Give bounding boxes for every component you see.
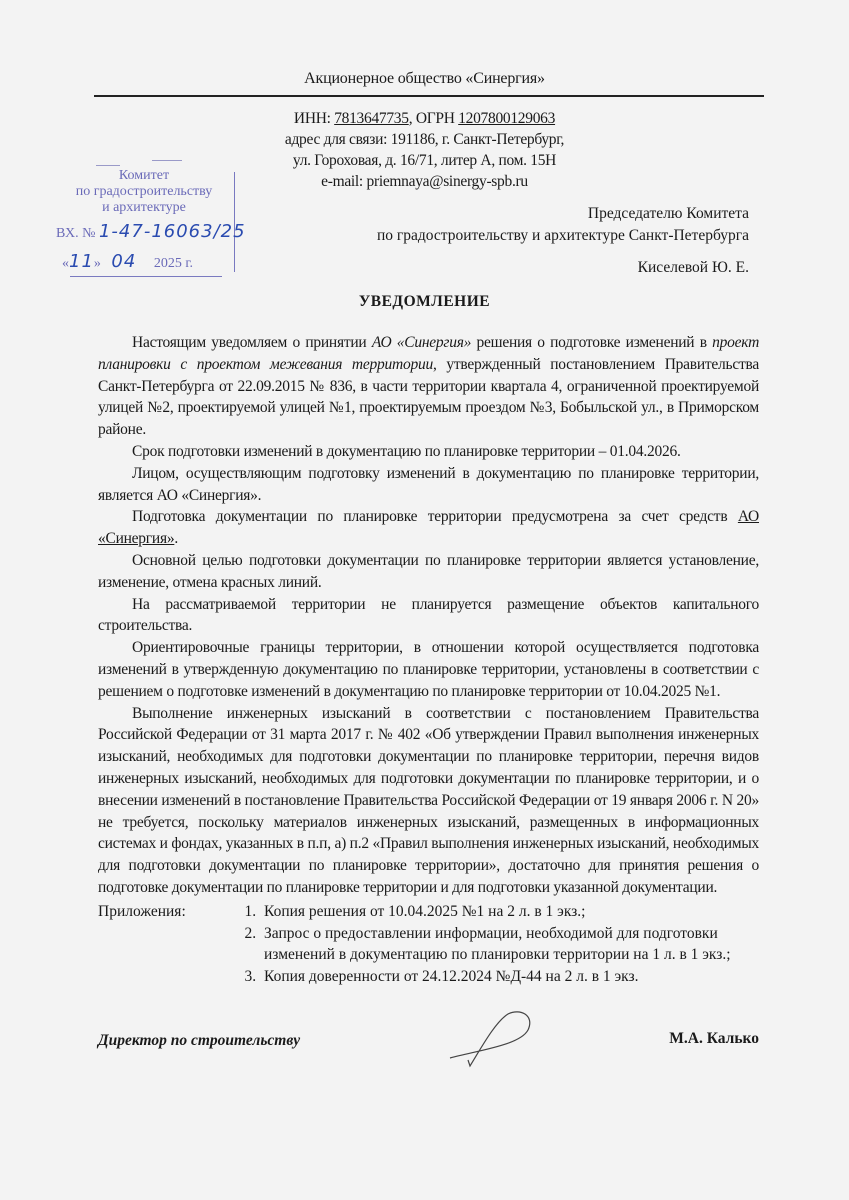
text: решения о подготовке изменений в bbox=[471, 334, 712, 351]
stamp-day: 11 bbox=[69, 251, 94, 272]
ogrn-value: 1207800129063 bbox=[458, 110, 555, 127]
attachments-label: Приложения: bbox=[98, 901, 186, 923]
paragraph-3: Лицом, осуществляющим подготовку изменен… bbox=[98, 463, 759, 507]
stamp-number-label: ВХ. № bbox=[56, 226, 95, 241]
signatory-role: Директор по строительству bbox=[98, 1032, 300, 1050]
addressee: Председателю Комитета по градостроительс… bbox=[377, 203, 749, 247]
paragraph-5: Основной целью подготовки документации п… bbox=[98, 550, 759, 594]
document-title: УВЕДОМЛЕНИЕ bbox=[0, 293, 849, 311]
stamp-incoming-number: ВХ. № 1-47-16063/25 bbox=[56, 224, 246, 242]
stamp-number-value: 1-47-16063/25 bbox=[99, 221, 246, 242]
stamp-year: 2025 г. bbox=[154, 256, 193, 271]
stamp-mark bbox=[96, 165, 120, 166]
attachment-item: Копия доверенности от 24.12.2024 №Д-44 н… bbox=[260, 966, 770, 988]
addressee-line-2: по градостроительству и архитектуре Санк… bbox=[377, 225, 749, 247]
handwritten-signature bbox=[440, 1000, 560, 1070]
text: . bbox=[174, 530, 178, 547]
document-body: Настоящим уведомляем о принятии АО «Сине… bbox=[98, 332, 759, 899]
addressee-name: Киселевой Ю. Е. bbox=[638, 259, 749, 277]
stamp-line-3: и архитектуре bbox=[56, 200, 232, 216]
address-line-1: адрес для связи: 191186, г. Санкт-Петерб… bbox=[0, 129, 849, 150]
inn-value: 7813647735 bbox=[334, 110, 409, 127]
stamp-line-2: по градостроительству bbox=[56, 184, 232, 200]
stamp-underline bbox=[70, 276, 222, 277]
paragraph-6: На рассматриваемой территории не планиру… bbox=[98, 594, 759, 638]
stamp-line-1: Комитет bbox=[56, 168, 232, 184]
attachment-item: Копия решения от 10.04.2025 №1 на 2 л. в… bbox=[260, 901, 770, 923]
company-italic: АО «Синергия» bbox=[372, 334, 471, 351]
paragraph-2: Срок подготовки изменений в документацию… bbox=[98, 441, 759, 463]
stamp-month: 04 bbox=[111, 251, 136, 272]
paragraph-7: Ориентировочные границы территории, в от… bbox=[98, 637, 759, 702]
stamp-date: «11» 04 2025 г. bbox=[62, 254, 193, 272]
signatory-name: М.А. Калько bbox=[669, 1030, 759, 1048]
addressee-line-1: Председателю Комитета bbox=[377, 203, 749, 225]
paragraph-8: Выполнение инженерных изысканий в соотве… bbox=[98, 703, 759, 899]
paragraph-1: Настоящим уведомляем о принятии АО «Сине… bbox=[98, 332, 759, 441]
quote-open: « bbox=[62, 256, 69, 271]
attachments-list: Копия решения от 10.04.2025 №1 на 2 л. в… bbox=[234, 901, 770, 987]
ogrn-label: , ОГРН bbox=[409, 110, 459, 127]
quote-close: » bbox=[94, 256, 101, 271]
company-name: Акционерное общество «Синергия» bbox=[0, 70, 849, 88]
incoming-stamp: Комитет по градостроительству и архитект… bbox=[56, 168, 234, 278]
paragraph-4: Подготовка документации по планировке те… bbox=[98, 506, 759, 550]
text: Настоящим уведомляем о принятии bbox=[132, 334, 372, 351]
text: Подготовка документации по планировке те… bbox=[132, 508, 738, 525]
stamp-mark bbox=[152, 160, 182, 161]
inn-label: ИНН: bbox=[294, 110, 334, 127]
header-divider bbox=[94, 95, 764, 97]
registration-numbers: ИНН: 7813647735, ОГРН 1207800129063 bbox=[0, 108, 849, 129]
attachment-item: Запрос о предоставлении информации, необ… bbox=[260, 923, 770, 966]
